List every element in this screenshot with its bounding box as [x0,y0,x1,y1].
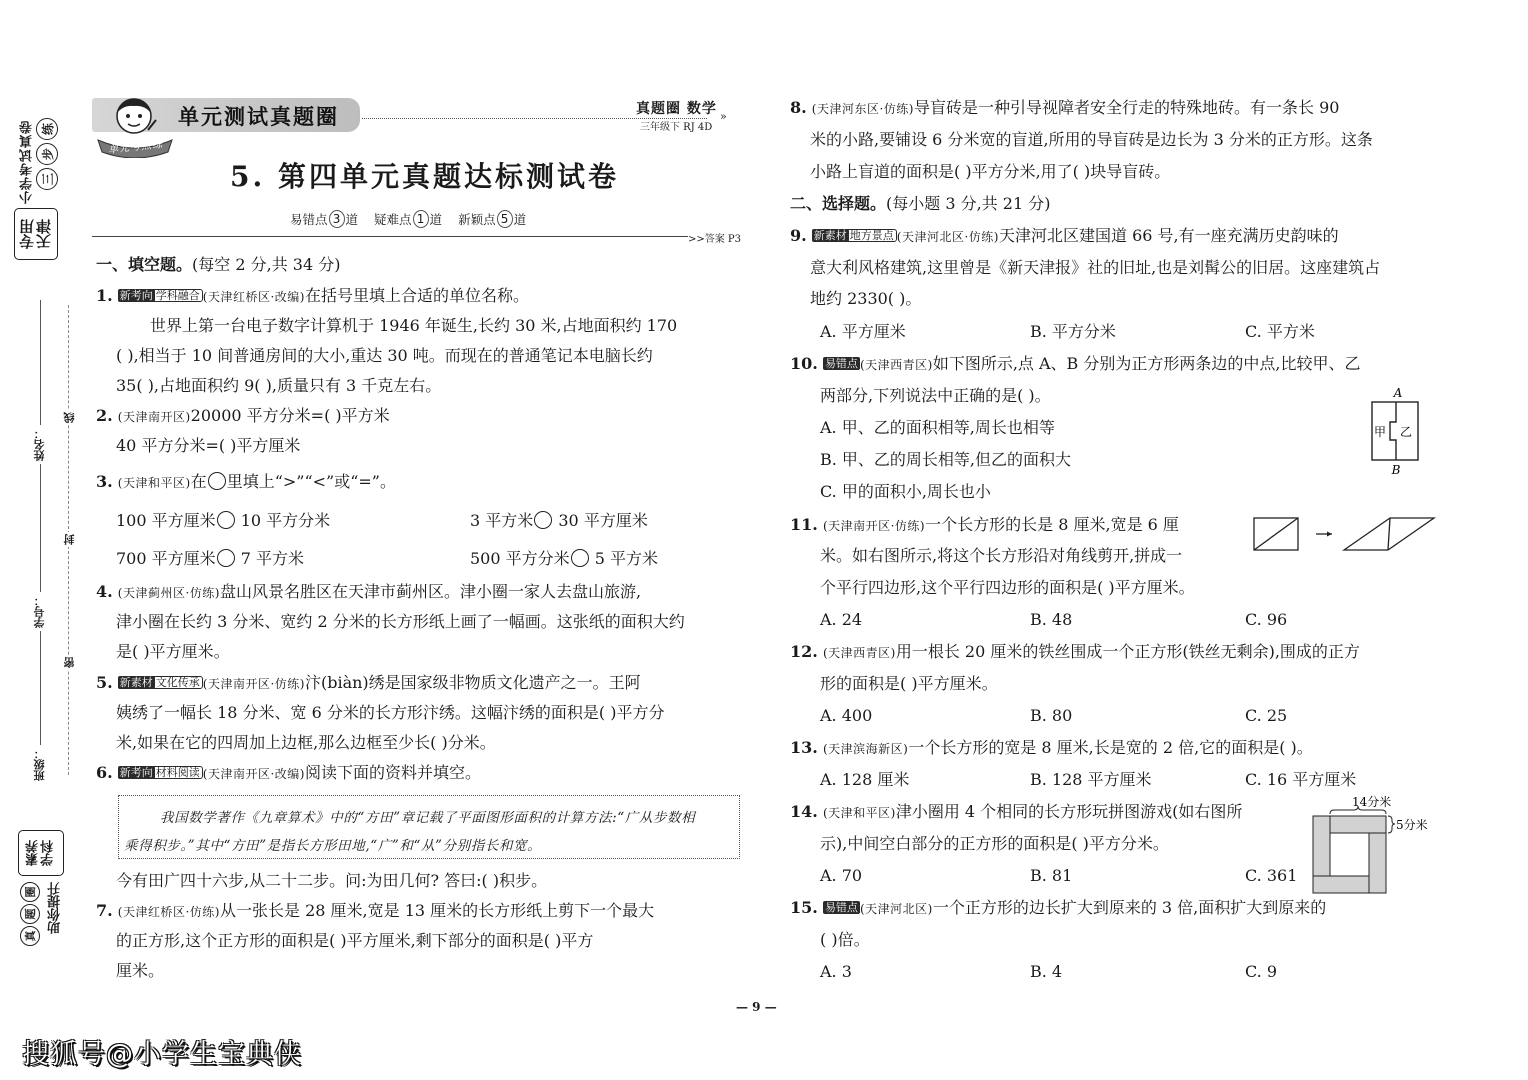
brand-slogan: 助你提升 [46,882,65,934]
question-text-line: ( )倍。 [820,932,870,948]
question-source: (天津和平区) [118,476,191,490]
question-source: (天津西青区) [860,358,933,372]
comparison-left: 500 平方分米 [470,549,570,568]
brand-circle: 题 [20,904,40,924]
question-number: 9. [790,226,807,245]
region-jia-label: 甲 [1374,425,1386,439]
page-number: — 9 — [736,1000,777,1014]
banner-title: 单元测试真题圈 [178,101,339,131]
option-b[interactable]: B. 48 [1030,612,1072,628]
question-4: 4. (天津蓟州区·仿练)盘山风景名胜区在天津市蓟州区。津小圈一家人去盘山旅游, [96,584,641,600]
question-stem: 里填上“>”“<”或“=”。 [227,472,396,491]
brand-logo-bottom: 学科 素养 真 题 圈 助你提升 [18,830,78,970]
seal-word: 密 [62,655,78,670]
comparison-right: 7 平方米 [236,549,304,568]
comparison-circle-icon [208,472,226,490]
answer-reference: >>答案 P3 [688,230,741,245]
question-source: (天津滨海新区) [823,742,908,756]
option-a[interactable]: A. 甲、乙的面积相等,周长也相等 [820,420,1055,436]
comparison-left: 100 平方厘米 [116,511,216,530]
class-field-label: 班级： [32,745,48,784]
comparison-right: 30 平方厘米 [553,511,648,530]
option-c[interactable]: C. 96 [1245,612,1287,628]
question-text-line: 米。如右图所示,将这个长方形沿对角线剪开,拼成一 [820,548,1182,564]
question-text-line: 意大利风格建筑,这里曾是《新天津报》社的旧址,也是刘髯公的旧居。这座建筑占 [810,260,1380,276]
question-number: 3. [96,472,113,491]
question-text-line: 盘山风景名胜区在天津市蓟州区。津小圈一家人去盘山旅游, [220,582,641,601]
brand-logo-top: 小学考试真卷 三 步 练 天津 专用 [14,118,64,258]
question-15: 15. 易错点(天津河北区)一个正方形的边长扩大到原来的 3 倍,面积扩大到原来… [790,900,1326,916]
question-7: 7. (天津红桥区·仿练)从一张长是 28 厘米,宽是 13 厘米的长方形纸上剪… [96,903,654,919]
question-number: 2. [96,406,113,425]
tag-new-material: 新素材 [812,229,849,242]
section-scoring: (每小题 3 分,共 21 分) [886,194,1050,213]
question-10: 10. 易错点(天津西青区)如下图所示,点 A、B 分别为正方形两条边的中点,比… [790,356,1360,372]
question-number: 15. [790,898,818,917]
option-b[interactable]: B. 128 平方厘米 [1030,772,1152,788]
question-1: 1. 新考向学科融合(天津红桥区·改编)在括号里填上合适的单位名称。 [96,288,529,304]
comparison-item: 700 平方厘米 7 平方米 [116,549,304,567]
reading-text-line: 乘得积步。”其中“方田”是指长方形田地,“广”和“从”分别指长和宽。 [124,834,541,854]
point-b-label: B [1391,463,1401,477]
question-stem: 在 [191,472,207,491]
grade-tag: 三年级下 RJ 4D [640,118,712,133]
answer-circle-input[interactable] [534,511,552,529]
question-text-line: ( ),相当于 10 间普通房间的大小,重达 30 吨。而现在的普通笔记本电脑长… [116,348,653,364]
comparison-right: 10 平方分米 [236,511,331,530]
question-text-line: 米,如果在它的四周加上边框,那么边框至少长( )分米。 [116,735,496,751]
question-number: 10. [790,354,818,373]
answer-circle-input[interactable] [571,549,589,567]
brand-circle-group: 三 步 练 [36,118,58,190]
reading-text-line: 我国数学著作《九章算术》中的“方田”章记载了平面图形面积的计算方法:“广从步数相 [160,806,695,826]
name-field-label: 姓名： [32,425,48,464]
tag-error-prone: 易错点 [823,357,860,370]
stat-count: 1 [413,210,429,228]
brand-circle-group: 真 题 圈 [20,882,40,946]
comparison-left: 3 平方米 [470,511,533,530]
stat-count: 5 [497,210,513,228]
question-text-line: 汴(biàn)绣是国家级非物质文化遗产之一。王阿 [305,673,641,692]
stat-label: 易错点 [290,210,328,228]
stat-label: 疑难点 [374,210,412,228]
watermark: 搜狐号@小学生宝典侠 [22,1032,302,1071]
question-11: 11. (天津南开区·仿练)一个长方形的长是 8 厘米,宽是 6 厘 [790,517,1179,533]
option-b[interactable]: B. 81 [1030,868,1072,884]
question-number: 13. [790,738,818,757]
question-text-line: 两部分,下列说法中正确的是( )。 [820,388,1051,404]
question-text-line: 导盲砖是一种引导视障者安全行走的特殊地砖。有一条长 90 [914,98,1339,117]
option-b[interactable]: B. 甲、乙的周长相等,但乙的面积大 [820,452,1071,468]
series-name: 真题圈 数学 [636,98,717,118]
question-source: (天津南开区·仿练) [823,519,925,533]
question-text-line: 40 平方分米=( )平方厘米 [116,438,300,454]
section-scoring: (每空 2 分,共 34 分) [192,255,340,274]
option-c[interactable]: C. 平方米 [1245,324,1315,340]
stat-label: 新颖点 [458,210,496,228]
document-title: 5. 第四单元真题达标测试卷 [230,155,619,195]
four-rectangles-figure: 14分米 5分米 [1310,792,1440,896]
brand-box-text: 学科 [42,840,55,866]
brand-box-text: 天津 [37,219,52,249]
question-source: (天津南开区·仿练) [203,677,305,691]
question-number: 12. [790,642,818,661]
tag-error-prone: 易错点 [823,901,860,914]
question-source: (天津和平区) [823,806,896,820]
question-number: 1. [96,286,113,305]
question-source: (天津河北区·仿练) [897,230,999,244]
question-text-line: 示),中间空白部分的正方形的面积是( )平方分米。 [820,836,1169,852]
question-text-line: 35( ),占地面积约 9( ),质量只有 3 千克左右。 [116,378,441,394]
option-c[interactable]: C. 361 [1245,868,1297,884]
question-text-line: 天津河北区建国道 66 号,有一座充满历史韵味的 [999,226,1339,245]
question-text-line: 的正方形,这个正方形的面积是( )平方厘米,剩下部分的面积是( )平方 [116,933,593,949]
question-stats: 易错点3道 疑难点1道 新颖点5道 [290,210,526,228]
option-c[interactable]: C. 甲的面积小,周长也小 [820,484,991,500]
question-9: 9. 新素材地方景点(天津河北区·仿练)天津河北区建国道 66 号,有一座充满历… [790,228,1339,244]
question-text-line: 形的面积是( )平方厘米。 [820,676,998,692]
stat-novel: 新颖点5道 [458,210,526,228]
question-text-line: 小路上盲道的面积是( )平方分米,用了( )块导盲砖。 [810,164,1170,180]
brand-circle: 练 [36,118,58,140]
question-6: 6. 新考向材料阅读(天津南开区·改编)阅读下面的资料并填空。 [96,765,481,781]
option-a[interactable]: A. 70 [820,868,862,884]
question-source: (天津南开区·改编) [203,767,305,781]
tag-topic: 学科融合 [153,289,203,302]
question-number: 8. [790,98,807,117]
student-number-field-label: 学号： [32,592,48,631]
question-source: (天津河东区·仿练) [812,102,914,116]
stat-unit: 道 [346,210,359,228]
question-stem: 阅读下面的资料并填空。 [305,763,481,782]
question-13: 13. (天津滨海新区)一个长方形的宽是 8 厘米,长是宽的 2 倍,它的面积是… [790,740,1313,756]
question-12: 12. (天津西青区)用一根长 20 厘米的铁丝围成一个正方形(铁丝无剩余),围… [790,644,1360,660]
brand-circle: 圈 [20,882,40,902]
comparison-item: 3 平方米 30 平方厘米 [470,511,648,529]
comparison-item: 500 平方分米 5 平方米 [470,549,658,567]
question-text-line: 地约 2330( )。 [810,291,921,307]
binding-margin: 小学考试真卷 三 步 练 天津 专用 班级： 学号： 姓名： 密 封 线 学科 … [0,0,90,1000]
brand-circle: 三 [36,168,58,190]
tag-new-trend: 新考向 [118,766,155,779]
question-stem: 在括号里填上合适的单位名称。 [305,286,529,305]
section-title: 二、选择题。 [790,194,886,213]
question-text-line: 今有田广四十六步,从二十二步。问:为田几何? 答曰:( )积步。 [116,873,547,889]
question-text-line: 世界上第一台电子数字计算机于 1946 年诞生,长约 30 米,占地面积约 17… [150,318,677,334]
question-source: (天津河北区) [860,902,933,916]
option-c[interactable]: C. 16 平方厘米 [1245,772,1356,788]
question-source: (天津红桥区·改编) [203,290,305,304]
question-text-line: 从一张长是 28 厘米,宽是 13 厘米的长方形纸上剪下一个最大 [220,901,654,920]
tag-new-material: 新素材 [118,676,155,689]
option-a[interactable]: A. 400 [820,708,872,724]
question-2: 2. (天津南开区)20000 平方分米=( )平方米 [96,408,390,424]
dimension-label-5dm: 5分米 [1396,817,1428,832]
region-yi-label: 乙 [1400,425,1412,439]
question-number: 11. [790,515,818,534]
comparison-right: 5 平方米 [590,549,658,568]
square-split-figure: A B 甲 乙 [1360,384,1440,476]
question-text-line: 厘米。 [116,963,164,979]
brand-circle: 真 [20,926,40,946]
option-b[interactable]: B. 平方分米 [1030,324,1116,340]
brand-box: 天津 专用 [14,208,58,260]
form-underline [40,300,41,770]
seal-word: 封 [62,532,78,547]
option-b[interactable]: B. 4 [1030,964,1062,980]
brand-circle: 步 [36,143,58,165]
question-source: (天津南开区) [118,410,191,424]
question-text-line: 如下图所示,点 A、B 分别为正方形两条边的中点,比较甲、乙 [933,354,1361,373]
question-source: (天津西青区) [823,646,896,660]
question-14: 14. (天津和平区)津小圈用 4 个相同的长方形玩拼图游戏(如右图所 [790,804,1242,820]
stat-count: 3 [329,210,345,228]
header-rule [92,236,688,237]
question-5: 5. 新素材文化传承(天津南开区·仿练)汴(biàn)绣是国家级非物质文化遗产之… [96,675,641,691]
question-text-line: 个平行四边形,这个平行四边形的面积是( )平方厘米。 [820,580,1195,596]
brand-box-text: 素养 [27,840,40,866]
stat-error-prone: 易错点3道 [290,210,358,228]
option-b[interactable]: B. 80 [1030,708,1072,724]
question-text-line: 姨绣了一幅长 18 分米、宽 6 分米的长方形汴绣。这幅汴绣的面积是( )平方分 [116,705,664,721]
tag-topic: 文化传承 [153,676,203,689]
question-text-line: 津小圈用 4 个相同的长方形玩拼图游戏(如右图所 [896,802,1243,821]
option-a[interactable]: A. 128 厘米 [820,772,909,788]
comparison-item: 100 平方厘米 10 平方分米 [116,511,330,529]
question-number: 6. [96,763,113,782]
stat-unit: 道 [514,210,527,228]
section-heading-fill-in: 一、填空题。(每空 2 分,共 34 分) [96,257,340,273]
section-heading-choice: 二、选择题。(每小题 3 分,共 21 分) [790,196,1050,212]
option-c[interactable]: C. 9 [1245,964,1277,980]
question-8: 8. (天津河东区·仿练)导盲砖是一种引导视障者安全行走的特殊地砖。有一条长 9… [790,100,1339,116]
seal-word: 线 [62,410,78,425]
rectangle-to-parallelogram-figure [1250,512,1440,556]
option-a[interactable]: A. 24 [820,612,862,628]
question-text-line: 一个正方形的边长扩大到原来的 3 倍,面积扩大到原来的 [933,898,1326,917]
stat-unit: 道 [430,210,443,228]
tag-new-trend: 新考向 [118,289,155,302]
question-source: (天津蓟州区·仿练) [118,586,220,600]
option-c[interactable]: C. 25 [1245,708,1287,724]
question-text-line: 津小圈在长约 3 分米、宽约 2 分米的长方形纸上画了一幅画。这张纸的面积大约 [116,614,685,630]
double-chevron-icon: » [720,110,727,123]
brand-box-text: 专用 [20,219,35,249]
answer-circle-input[interactable] [217,511,235,529]
comparison-left: 700 平方厘米 [116,549,216,568]
question-source: (天津红桥区·仿练) [118,905,220,919]
tag-topic: 材料阅读 [153,766,203,779]
question-3: 3. (天津和平区)在里填上“>”“<”或“=”。 [96,472,396,490]
section-title: 一、填空题。 [96,255,192,274]
brand-box: 学科 素养 [18,830,64,876]
question-text-line: 是( )平方厘米。 [116,644,230,660]
question-text-line: 用一根长 20 厘米的铁丝围成一个正方形(铁丝无剩余),围成的正方 [896,642,1360,661]
brand-subtitle: 小学考试真卷 [18,116,37,204]
question-number: 7. [96,901,113,920]
answer-circle-input[interactable] [217,549,235,567]
question-text-line: 20000 平方分米=( )平方米 [191,406,390,425]
question-text-line: 米的小路,要铺设 6 分米宽的盲道,所用的导盲砖是边长为 3 分米的正方形。这条 [810,132,1373,148]
question-number: 5. [96,673,113,692]
question-number: 4. [96,582,113,601]
question-number: 14. [790,802,818,821]
question-text-line: 一个长方形的宽是 8 厘米,长是宽的 2 倍,它的面积是( )。 [908,738,1312,757]
option-a[interactable]: A. 3 [820,964,852,980]
stat-difficult: 疑难点1道 [374,210,442,228]
tag-topic: 地方景点 [847,229,897,242]
point-a-label: A [1393,386,1403,400]
exam-page: 小学考试真卷 三 步 练 天津 专用 班级： 学号： 姓名： 密 封 线 学科 … [0,0,1528,1080]
option-a[interactable]: A. 平方厘米 [820,324,906,340]
question-text-line: 一个长方形的长是 8 厘米,宽是 6 厘 [925,515,1179,534]
